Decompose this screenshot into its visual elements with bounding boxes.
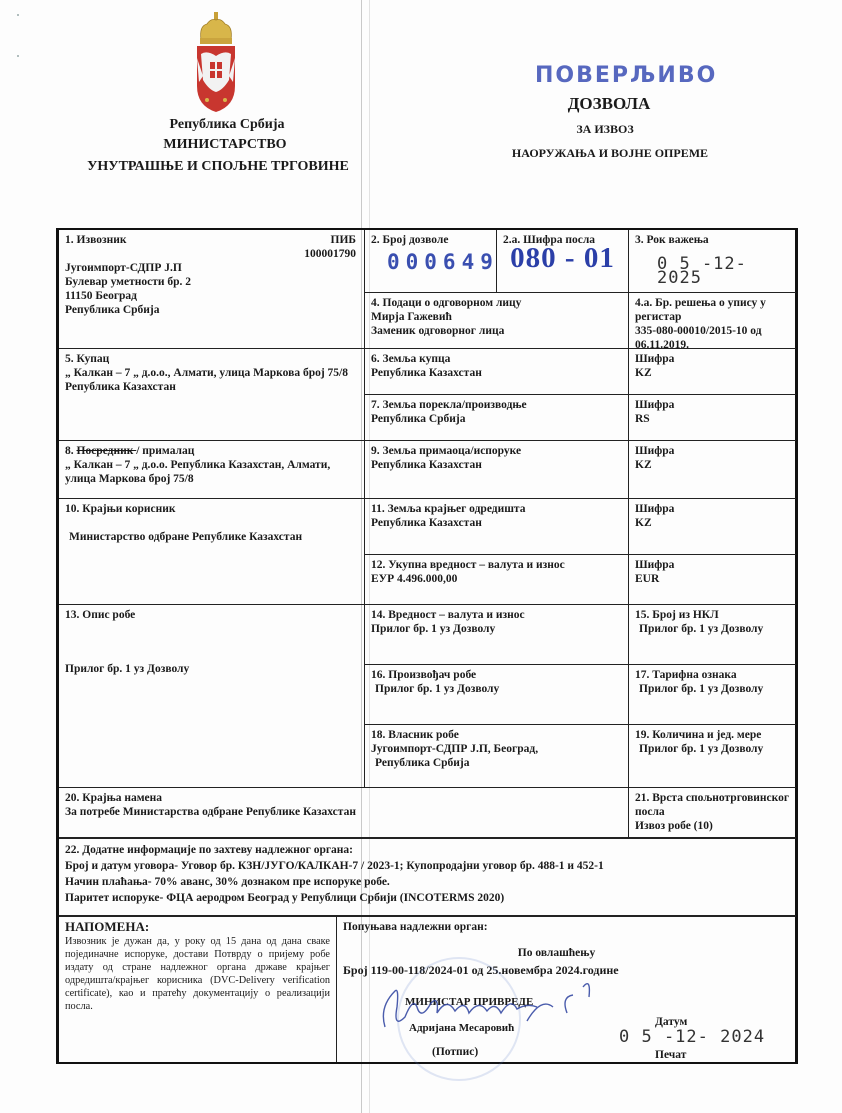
destination-country-value: Република Казахстан	[371, 516, 622, 530]
code-label: Шифра	[635, 502, 790, 516]
additional-info-line: Број и датум уговора- Уговор бр. КЗН/ЈУГ…	[65, 858, 790, 874]
field-label-rest: / прималац	[136, 445, 194, 457]
code-value: KZ	[635, 458, 790, 472]
field-label: 20. Крајња намена	[65, 791, 622, 805]
code-value: KZ	[635, 366, 790, 380]
field-recipient-country-code: Шифра KZ	[628, 440, 796, 498]
responsible-person-role: Заменик одговорног лица	[371, 324, 622, 338]
code-label: Шифра	[635, 352, 790, 366]
pib-value: 100001790	[304, 247, 356, 261]
pib-block: ПИБ 100001790	[304, 233, 356, 261]
field-quantity-unit: 19. Количина и јед. мере Прилог бр. 1 уз…	[628, 724, 796, 787]
document-title: ДОЗВОЛА	[448, 94, 770, 114]
responsible-person-name: Мирја Гажевић	[371, 310, 622, 324]
authorization-text: По овлашћењу	[323, 946, 790, 960]
note-title: НАПОМЕНА:	[65, 920, 330, 934]
field-buyer-country: 6. Земља купца Република Казахстан	[364, 348, 628, 394]
trade-type-value: Извоз робе (10)	[635, 819, 790, 833]
field-label-number: 8.	[65, 445, 77, 457]
total-value-amount: ЕУР 4.496.000,00	[371, 572, 622, 586]
authorization-decision: Број 119-00-118/2024-01 од 25.новембра 2…	[343, 963, 790, 977]
code-label: Шифра	[635, 444, 790, 458]
validity-date: 0 5 -12- 2025	[657, 257, 790, 285]
issuer-header: Република Србија МИНИСТАРСТВО УНУТРАШЊЕ …	[80, 117, 370, 175]
field-register-decision: 4.а. Бр. решења о упису у регистар 335-0…	[628, 292, 796, 348]
field-label: 4. Подаци о одговорном лицу	[371, 296, 622, 310]
field-permit-number: 2. Број дозволе 000649	[364, 230, 496, 292]
note-text: Извозник је дужан да, у року од 15 дана …	[65, 935, 330, 1013]
additional-info-line: Начин плаћања- 70% аванс, 30% дознаком п…	[65, 874, 790, 890]
ministry-name-line2: УНУТРАШЊЕ И СПОЉНЕ ТРГОВИНЕ	[66, 159, 370, 175]
authority-label: Попуњава надлежни орган:	[343, 920, 790, 934]
field-exporter: 1. Извозник ПИБ 100001790 Југоимпорт-СДП…	[59, 230, 364, 348]
field-label: 18. Власник робе	[371, 728, 622, 742]
authority-box: Попуњава надлежни орган: По овлашћењу Бр…	[336, 915, 796, 1062]
goods-owner-line: Република Србија	[375, 756, 622, 770]
buyer-country-value: Република Казахстан	[371, 366, 622, 380]
signature-label: (Потпис)	[432, 1045, 478, 1059]
field-goods-owner: 18. Власник робе Југоимпорт-СДПР Ј.П, Бе…	[364, 724, 628, 787]
buyer-line: „ Калкан – 7 „ д.о.о., Алмати, улица Мар…	[65, 366, 358, 380]
field-destination-country-code: Шифра KZ	[628, 498, 796, 554]
field-manufacturer: 16. Произвођач робе Прилог бр. 1 уз Дозв…	[364, 664, 628, 724]
deal-code-value: 080 - 01	[503, 251, 622, 265]
pib-label: ПИБ	[304, 233, 356, 247]
field-label: 22. Додатне информације по захтеву надле…	[65, 842, 790, 858]
field-nkl-number: 15. Број из НКЛ Прилог бр. 1 уз Дозволу	[628, 604, 796, 664]
goods-owner-line: Југоимпорт-СДПР Ј.П, Београд,	[371, 742, 622, 756]
field-total-value-code: Шифра EUR	[628, 554, 796, 604]
signature-icon	[377, 977, 607, 1037]
buyer-line: Република Казахстан	[65, 380, 358, 394]
field-validity: 3. Рок важења 0 5 -12- 2025	[628, 230, 796, 292]
code-label: Шифра	[635, 558, 790, 572]
origin-country-value: Република Србија	[371, 412, 622, 426]
field-label: 12. Укупна вредност – валута и износ	[371, 558, 622, 572]
field-label: 11. Земља крајњег одредишта	[371, 502, 622, 516]
permit-form: 1. Извозник ПИБ 100001790 Југоимпорт-СДП…	[56, 228, 798, 1064]
field-label: 6. Земља купца	[371, 352, 622, 366]
field-total-value: 12. Укупна вредност – валута и износ ЕУР…	[364, 554, 628, 604]
additional-info-line: Паритет испоруке- ФЦА аеродром Београд у…	[65, 890, 790, 906]
field-label: 21. Врста спољнотрговинског посла	[635, 791, 790, 819]
document-subtitle: ЗА ИЗВОЗ	[440, 122, 770, 137]
recipient-line: „ Калкан – 7 „ д.о.о. Република Казахста…	[65, 458, 358, 486]
code-value: KZ	[635, 516, 790, 530]
confidential-stamp: ПОВЕРЉИВО	[535, 63, 717, 88]
goods-description-value: Прилог бр. 1 уз Дозволу	[65, 662, 358, 676]
end-user-value: Министарство одбране Републике Казахстан	[69, 530, 358, 544]
field-recipient-country: 9. Земља примаоца/испоруке Република Каз…	[364, 440, 628, 498]
field-buyer-country-code: Шифра KZ	[628, 348, 796, 394]
field-additional-info: 22. Додатне информације по захтеву надле…	[59, 837, 796, 915]
field-destination-country: 11. Земља крајњег одредишта Република Ка…	[364, 498, 628, 554]
field-label: 19. Количина и јед. мере	[635, 728, 790, 742]
field-intermediary-recipient: 8. Посредник / прималац „ Калкан – 7 „ д…	[59, 440, 364, 498]
field-label: 8. Посредник / прималац	[65, 444, 358, 458]
nkl-number-value: Прилог бр. 1 уз Дозволу	[639, 622, 790, 636]
field-label: 13. Опис робе	[65, 608, 358, 622]
field-label: 7. Земља порекла/производње	[371, 398, 622, 412]
end-use-value: За потребе Министарства одбране Републик…	[65, 805, 622, 819]
field-goods-description: 13. Опис робе Прилог бр. 1 уз Дозволу	[59, 604, 364, 787]
code-value: RS	[635, 412, 790, 426]
field-label: 2. Број дозволе	[371, 233, 490, 247]
field-label: 3. Рок важења	[635, 233, 790, 247]
exporter-line: Булевар уметности бр. 2	[65, 275, 358, 289]
quantity-unit-value: Прилог бр. 1 уз Дозволу	[639, 742, 790, 756]
goods-value-value: Прилог бр. 1 уз Дозволу	[371, 622, 622, 636]
field-origin-country: 7. Земља порекла/производње Република Ср…	[364, 394, 628, 440]
field-end-user: 10. Крајњи корисник Министарство одбране…	[59, 498, 364, 604]
field-label: 9. Земља примаоца/испоруке	[371, 444, 622, 458]
scan-speck	[17, 55, 19, 57]
field-label: 17. Тарифна ознака	[635, 668, 790, 682]
document-title-block: ДОЗВОЛА ЗА ИЗВОЗ НАОРУЖАЊА И ВОЈНЕ ОПРЕМ…	[480, 94, 770, 161]
scan-speck	[17, 14, 19, 16]
field-end-use: 20. Крајња намена За потребе Министарств…	[59, 787, 628, 837]
code-label: Шифра	[635, 398, 790, 412]
field-label: 15. Број из НКЛ	[635, 608, 790, 622]
field-buyer: 5. Купац „ Калкан – 7 „ д.о.о., Алмати, …	[59, 348, 364, 440]
exporter-line: Република Србија	[65, 303, 358, 317]
field-label: 14. Вредност – валута и износ	[371, 608, 622, 622]
tariff-code-value: Прилог бр. 1 уз Дозволу	[639, 682, 790, 696]
field-label: 16. Произвођач робе	[371, 668, 622, 682]
permit-number-value: 000649	[387, 255, 490, 269]
field-origin-country-code: Шифра RS	[628, 394, 796, 440]
field-label: 5. Купац	[65, 352, 358, 366]
note-box: НАПОМЕНА: Извозник је дужан да, у року о…	[59, 915, 336, 1062]
manufacturer-value: Прилог бр. 1 уз Дозволу	[375, 682, 622, 696]
code-value: EUR	[635, 572, 790, 586]
coat-of-arms-icon	[193, 10, 239, 114]
field-goods-value: 14. Вредност – валута и износ Прилог бр.…	[364, 604, 628, 664]
seal-label: Печат	[655, 1048, 686, 1062]
country-name: Република Србија	[84, 117, 370, 133]
document-subtitle-2: НАОРУЖАЊА И ВОЈНЕ ОПРЕМЕ	[450, 146, 770, 161]
field-label: 10. Крајњи корисник	[65, 502, 358, 516]
field-trade-type: 21. Врста спољнотрговинског посла Извоз …	[628, 787, 796, 837]
field-deal-code: 2.а. Шифра посла 080 - 01	[496, 230, 628, 292]
recipient-country-value: Република Казахстан	[371, 458, 622, 472]
exporter-line: 11150 Београд	[65, 289, 358, 303]
exporter-line: Југоимпорт-СДПР Ј.П	[65, 261, 358, 275]
issue-date-stamp: 0 5 -12- 2024	[619, 1030, 765, 1044]
field-label: 4.а. Бр. решења о упису у регистар	[635, 296, 790, 324]
field-tariff-code: 17. Тарифна ознака Прилог бр. 1 уз Дозво…	[628, 664, 796, 724]
ministry-name-line1: МИНИСТАРСТВО	[80, 137, 370, 153]
field-responsible-person: 4. Подаци о одговорном лицу Мирја Гажеви…	[364, 292, 628, 348]
struck-label: Посредник	[77, 445, 137, 457]
